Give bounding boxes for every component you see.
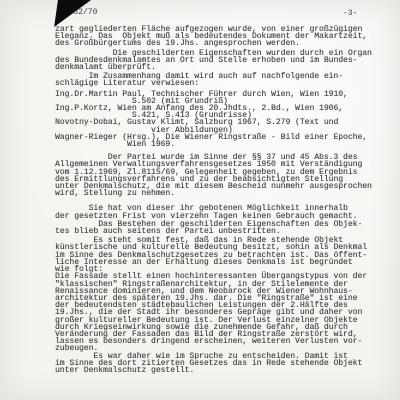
- paragraph: zart gegliederten Fläche aufgezogen wurd…: [55, 26, 381, 48]
- text-line: lassen es besonders dringend erscheinen,…: [55, 338, 381, 345]
- text-line: liche Interesse an der Erhaltung dieses …: [55, 259, 381, 266]
- paragraph: Das Bestehen der geschilderten Eigenscha…: [55, 221, 381, 235]
- paragraph: Im Zusammenhang damit wird auch auf nach…: [55, 73, 381, 87]
- text-line: des Großbürgertums des 19.Jhs. angesproc…: [55, 40, 381, 47]
- paragraph: Ing.Dr.Martin Paul, Technischer Führer d…: [55, 91, 381, 149]
- text-line: der gesetzten Frist von vierzehn Tagen k…: [55, 213, 381, 220]
- text-line: tes blieb auch seitens der Partei unbest…: [55, 228, 381, 235]
- paragraph: Die geschilderten Eigenschaften wurden d…: [55, 50, 381, 72]
- document-page: Zl.52/70 -3- zart gegliederten Fläche au…: [0, 0, 400, 400]
- paragraph: Der Partei wurde im Sinne der §§ 37 und …: [55, 154, 381, 197]
- paragraph: Es war daher wie im Spruche zu entscheid…: [55, 353, 381, 375]
- text-line: Wien 1969.: [55, 141, 381, 148]
- text-line: unter Denkmalschutz gestellt.: [55, 367, 381, 374]
- text-line: schlägige Literatur verwiesen:: [55, 80, 381, 87]
- document-body: zart gegliederten Fläche aufgezogen wurd…: [55, 26, 381, 374]
- text-line: denkmalamt überprüft.: [55, 64, 381, 71]
- paragraph: Die Fassade stellt einen hochinteressant…: [55, 273, 381, 352]
- paragraph: Sie hat von dieser ihr gebotenen Möglich…: [55, 205, 381, 219]
- text-line: wird, Stellung zu nehmen.: [55, 190, 381, 197]
- page-number: -3-: [343, 9, 357, 18]
- paragraph: Es steht somit fest, daß das in Rede ste…: [55, 237, 381, 273]
